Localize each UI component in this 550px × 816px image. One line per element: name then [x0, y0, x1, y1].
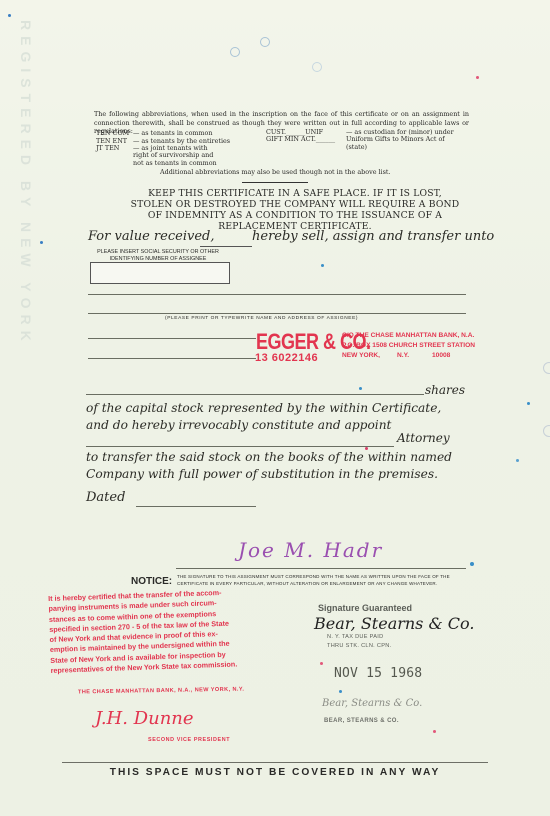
dated-field[interactable] [136, 506, 256, 507]
assignee-address-line[interactable] [88, 338, 256, 339]
hereby-sell-assign: hereby sell, assign and transfer unto [252, 229, 494, 244]
certifying-bank: THE CHASE MANHATTAN BANK, N.A., NEW YORK… [78, 687, 244, 696]
ink-speck [516, 459, 519, 462]
punch-hole [543, 362, 550, 374]
assignee-address-line[interactable] [88, 358, 256, 359]
abbreviation-item: TEN COM— as tenants in common [96, 129, 263, 137]
ssn-label: PLEASE INSERT SOCIAL SECURITY OR OTHER I… [87, 249, 229, 262]
paper-blemish [230, 47, 240, 57]
state: N.Y. [397, 351, 432, 361]
zip: 10008 [432, 351, 450, 361]
footer-warning: THIS SPACE MUST NOT BE COVERED IN ANY WA… [62, 767, 488, 778]
for-value-line [200, 246, 252, 247]
ink-speck [320, 662, 323, 665]
ink-speck [365, 447, 368, 450]
ink-speck [321, 264, 324, 267]
address-line: C/O THE CHASE MANHATTAN BANK, N.A. [342, 331, 475, 341]
city: NEW YORK, [342, 351, 397, 361]
abbreviation-description: — as joint tenants with right of survivo… [133, 145, 221, 167]
shares-label: shares [425, 383, 465, 397]
officer-title: SECOND VICE PRESIDENT [148, 737, 230, 743]
ink-speck [339, 690, 342, 693]
tax-paid-line: THRU STK. CLN. CPN. [327, 643, 391, 649]
assignee-stamp-address: C/O THE CHASE MANHATTAN BANK, N.A. P.O. … [342, 331, 475, 361]
custodian-description: — as custodian for (minor) under Uniform… [346, 129, 456, 151]
capital-stock-text: of the capital stock represented by the … [86, 400, 441, 434]
ink-speck [359, 387, 362, 390]
assignee-tax-id: 13 6022146 [255, 352, 318, 364]
tax-paid-line: N. Y. TAX DUE PAID [327, 634, 384, 640]
transfer-line: to transfer the said stock on the books … [86, 449, 452, 466]
for-value-received: For value received, [88, 229, 214, 244]
capital-line: of the capital stock represented by the … [86, 400, 441, 417]
ink-speck [527, 402, 530, 405]
guarantor-firm: BEAR, STEARNS & CO. [324, 718, 399, 724]
abbreviation-code: JT TEN [96, 145, 133, 152]
assignee-ssn-field[interactable] [90, 262, 230, 284]
address-line: P.O. BOX 1508 CHURCH STREET STATION [342, 341, 475, 351]
ink-speck [433, 730, 436, 733]
assignee-line[interactable] [88, 294, 466, 295]
ink-speck [8, 14, 11, 17]
officer-signature: J.H. Dunne [95, 708, 194, 729]
abbreviation-description: — as tenants in common [133, 129, 263, 137]
abbreviation-item: JT TEN— as joint tenants with right of s… [96, 145, 221, 167]
paper-blemish [260, 37, 270, 47]
gift-line: GIFT MIN ACT.______ [266, 136, 335, 143]
ink-speck [476, 76, 479, 79]
dated-label: Dated [86, 490, 125, 505]
capital-line: and do hereby irrevocably constitute and… [86, 417, 441, 434]
keep-safe-notice: KEEP THIS CERTIFICATE IN A SAFE PLACE. I… [130, 188, 460, 232]
shares-number-line[interactable] [86, 394, 424, 395]
guarantor-signature: Bear, Stearns & Co. [314, 614, 474, 633]
punch-hole [543, 425, 550, 437]
notice-label: NOTICE: [131, 576, 172, 587]
ink-speck [40, 241, 43, 244]
footer-divider [62, 762, 488, 763]
ink-speck [470, 562, 474, 566]
additional-abbreviations-note: Additional abbreviations may also be use… [160, 168, 390, 176]
guarantor-signature-2: Bear, Stearns & Co. [322, 698, 422, 709]
print-name-label: (PLEASE PRINT OR TYPEWRITE NAME AND ADDR… [165, 316, 358, 321]
attorney-name-line[interactable] [86, 446, 394, 447]
date-stamp: NOV 15 1968 [334, 666, 422, 681]
divider [242, 182, 308, 183]
custodian-abbreviation: CUST.______UNIF GIFT MIN ACT.______ [266, 129, 335, 144]
attorney-label: Attorney [397, 431, 450, 445]
abbreviation-code: TEN COM [96, 129, 133, 137]
notice-text: THE SIGNATURE TO THIS ASSIGNMENT MUST CO… [177, 573, 467, 587]
tax-certification-stamp: It is hereby certified that the transfer… [48, 587, 241, 676]
paper-blemish [312, 62, 322, 72]
transfer-line: Company with full power of substitution … [86, 466, 452, 483]
bleed-through-text: REGISTERED BY NEW YORK [18, 20, 34, 760]
transfer-text: to transfer the said stock on the books … [86, 449, 452, 483]
owner-signature: Joe M. Hadr [238, 538, 383, 562]
address-city-line: NEW YORK,N.Y.10008 [342, 351, 475, 361]
signature-guaranteed-label: Signature Guaranteed [318, 603, 412, 613]
signature-line[interactable] [176, 568, 466, 569]
certificate-back: REGISTERED BY NEW YORK The following abb… [0, 0, 550, 816]
assignee-name-line[interactable] [88, 313, 466, 314]
